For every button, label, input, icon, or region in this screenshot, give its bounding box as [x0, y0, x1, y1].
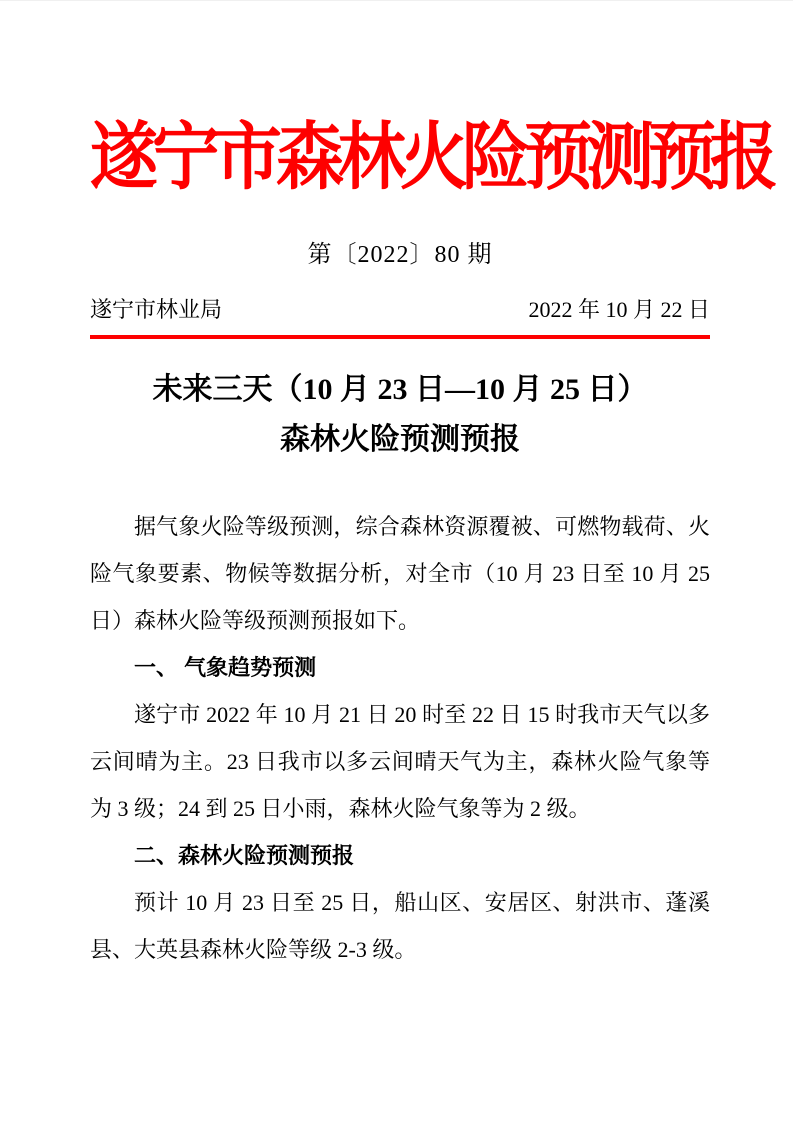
document-title: 未来三天（10 月 23 日—10 月 25 日） 森林火险预测预报	[90, 365, 710, 465]
meta-row: 遂宁市林业局 2022 年 10 月 22 日	[90, 295, 710, 325]
section-paragraph-fire-risk-forecast: 预计 10 月 23 日至 25 日，船山区、安居区、射洪市、蓬溪县、大英县森林…	[90, 879, 710, 973]
document-title-line2: 森林火险预测预报	[280, 423, 520, 456]
issue-number: 第〔2022〕80 期	[90, 239, 710, 271]
intro-paragraph: 据气象火险等级预测，综合森林资源覆被、可燃物载荷、火险气象要素、物候等数据分析，…	[90, 503, 710, 644]
publisher-name: 遂宁市林业局	[90, 295, 222, 325]
document-page: 遂宁市森林火险预测预报 第〔2022〕80 期 遂宁市林业局 2022 年 10…	[0, 0, 793, 1122]
issue-date: 2022 年 10 月 22 日	[528, 295, 710, 325]
section-heading-fire-risk-forecast: 二、森林火险预测预报	[90, 832, 710, 879]
red-divider	[90, 335, 710, 339]
masthead-title: 遂宁市森林火险预测预报	[90, 113, 710, 202]
section-heading-weather-trend: 一、 气象趋势预测	[90, 644, 710, 691]
document-body: 据气象火险等级预测，综合森林资源覆被、可燃物载荷、火险气象要素、物候等数据分析，…	[90, 503, 710, 973]
section-paragraph-weather-trend: 遂宁市 2022 年 10 月 21 日 20 时至 22 日 15 时我市天气…	[90, 691, 710, 832]
document-title-line1: 未来三天（10 月 23 日—10 月 25 日）	[153, 373, 648, 406]
